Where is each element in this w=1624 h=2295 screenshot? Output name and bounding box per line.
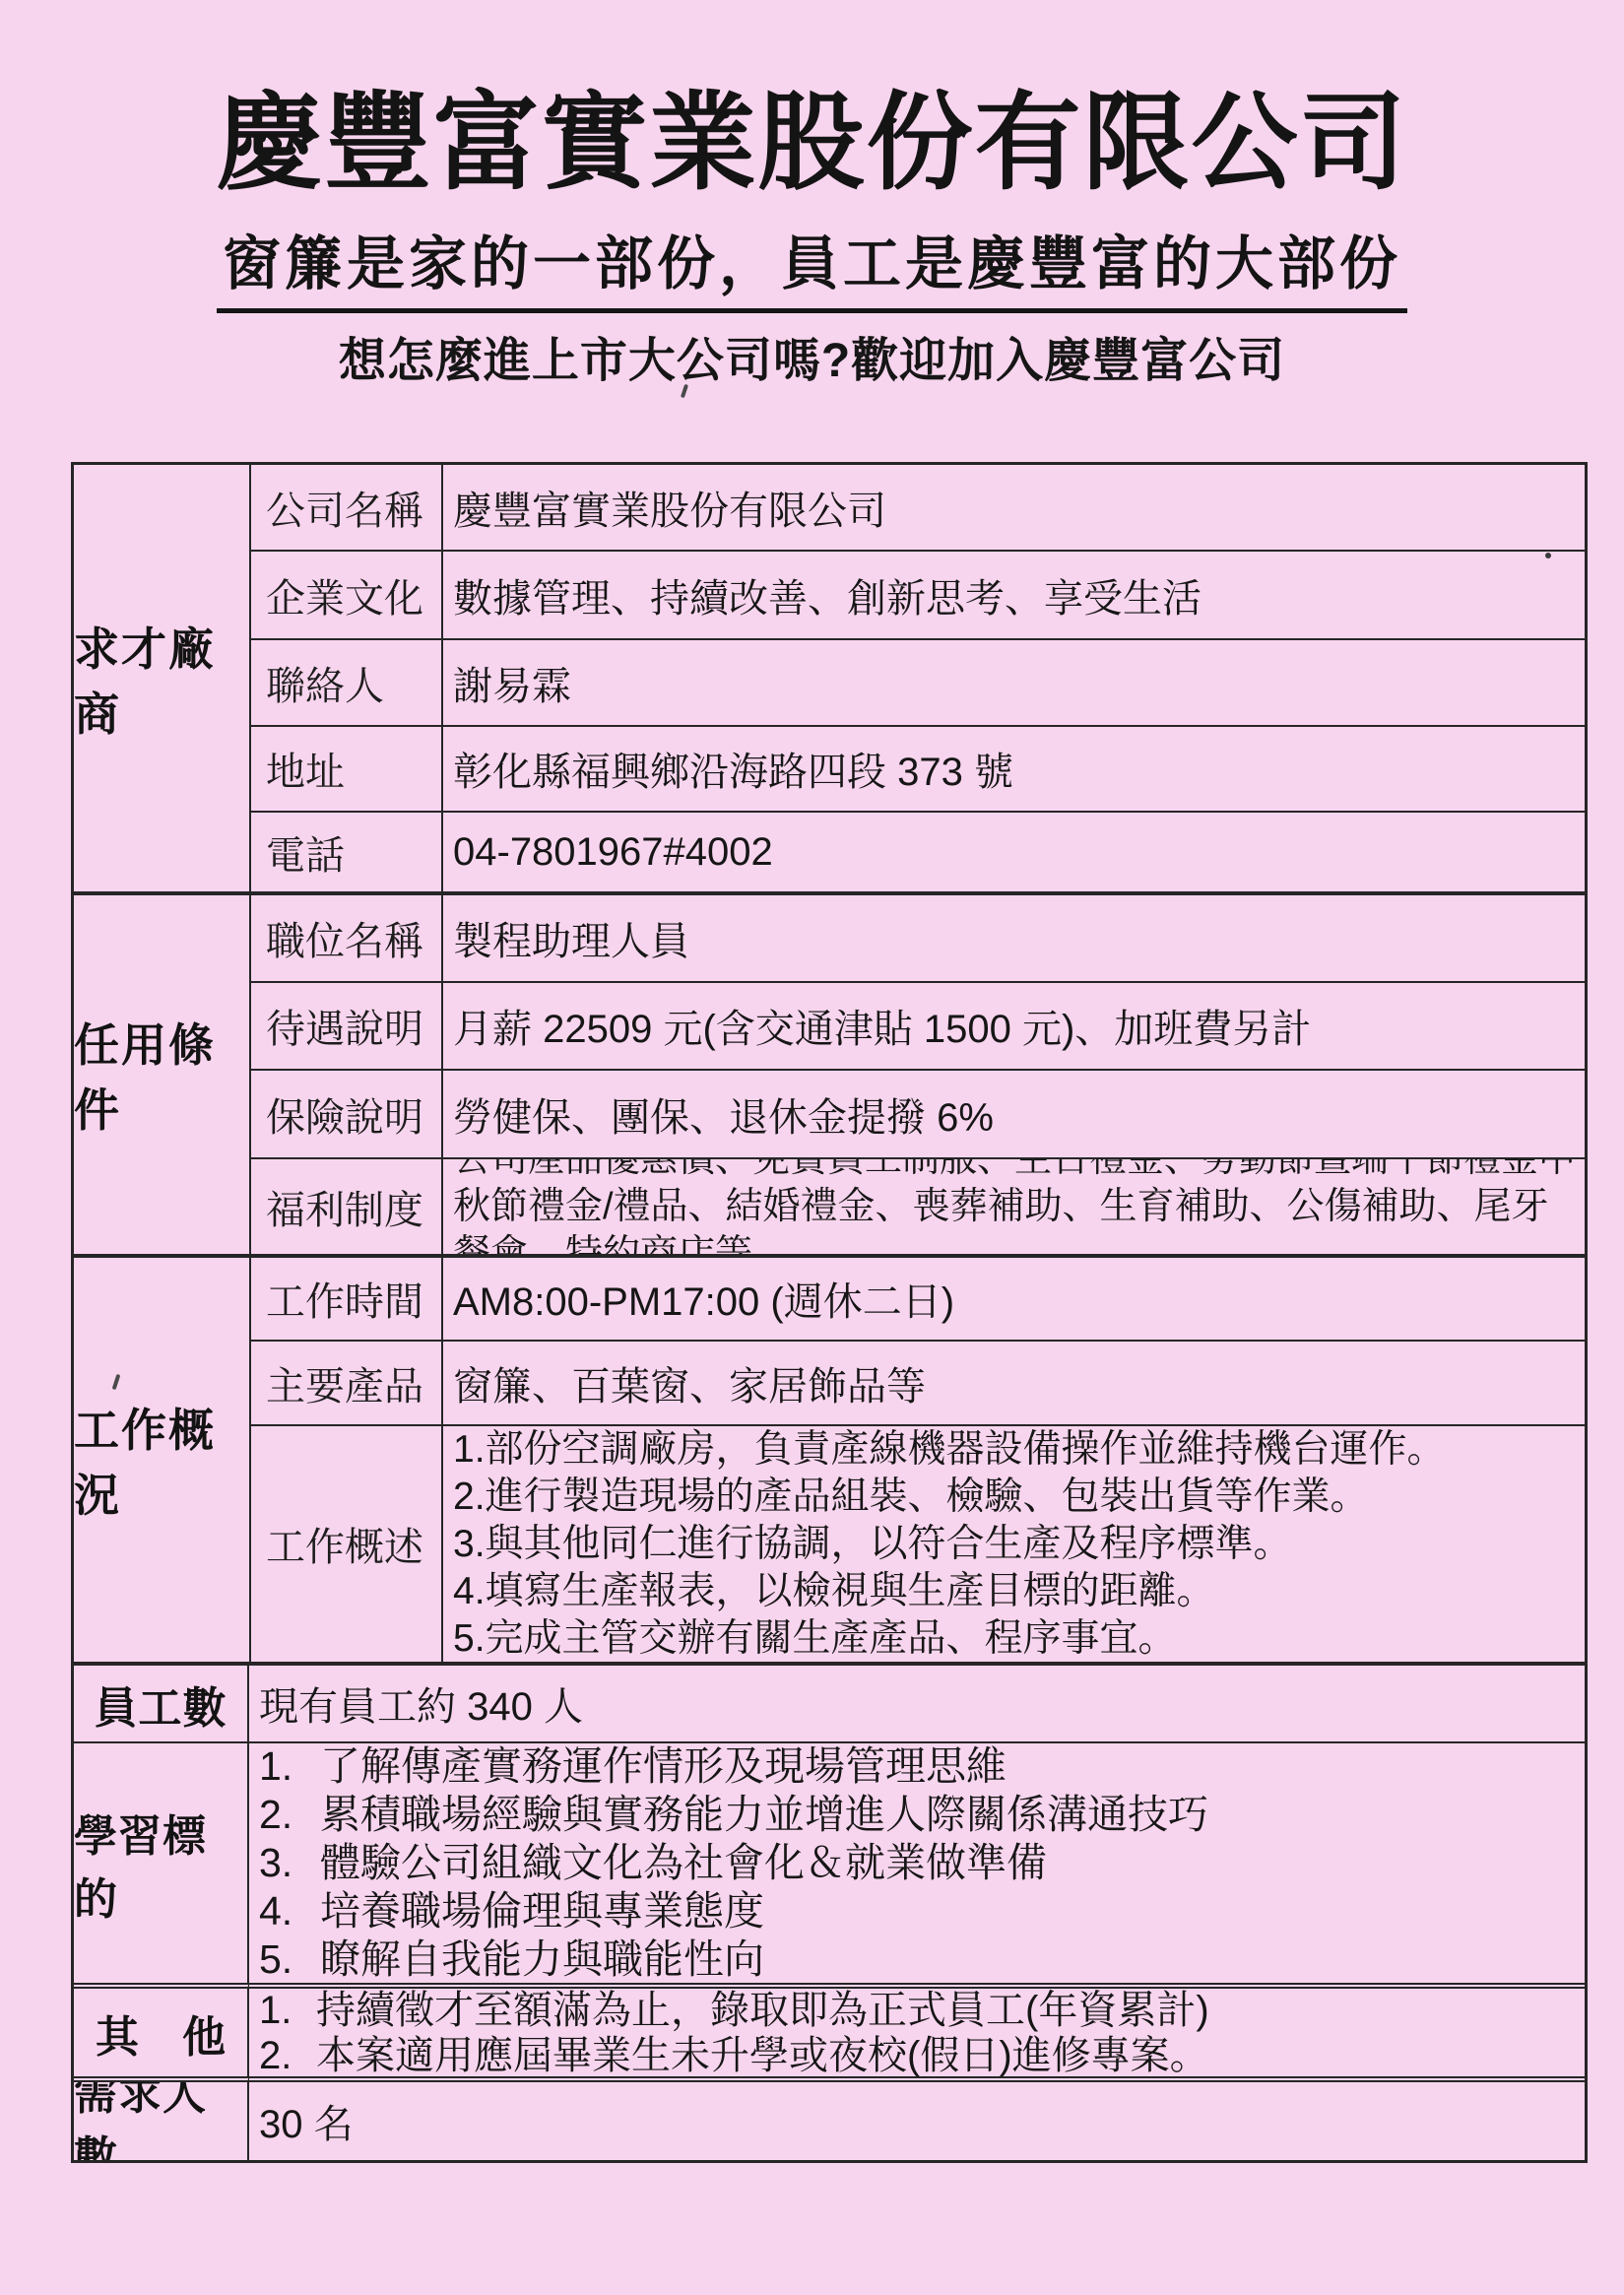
footer-label-employee-count: 員工數 (74, 1662, 249, 1741)
others-item: 1.持續徵才至額滿為止，錄取即為正式員工(年資累計) (259, 1988, 1209, 2033)
field-value-contact-person: 謝易霖 (443, 638, 1585, 725)
list-text: 累積職場經驗與實務能力並增進人際關係溝通技巧 (320, 1791, 1208, 1839)
job-description-line: 5.完成主管交辦有關生產產品、程序事宜。 (453, 1615, 1177, 1663)
field-value-main-products: 窗簾、百葉窗、家居飾品等 (443, 1340, 1585, 1424)
list-number: 1. (259, 1742, 320, 1791)
field-value-company-name: 慶豐富實業股份有限公司 (443, 465, 1585, 550)
field-label-job-description: 工作概述 (249, 1424, 443, 1662)
job-description-line: 4.填寫生產報表，以檢視與生產目標的距離。 (453, 1568, 1215, 1615)
field-value-benefits: 公司產品優惠價、免費員工制服、生日禮金、勞動節暨端午節禮金中秋節禮金/禮品、結婚… (443, 1157, 1585, 1254)
footer-value-learning-goals: 1.了解傳產實務運作情形及現場管理思維 2.累積職場經驗與實務能力並增進人際關係… (249, 1741, 1585, 1983)
list-text: 持續徵才至額滿為止，錄取即為正式員工(年資累計) (316, 1988, 1209, 2033)
footer-value-openings: 30 名 (249, 2076, 1585, 2160)
scanned-recruitment-flyer: 慶豐富實業股份有限公司 窗簾是家的一部份，員工是慶豐富的大部份 想怎麼進上市大公… (0, 0, 1624, 2295)
footer-value-others: 1.持續徵才至額滿為止，錄取即為正式員工(年資累計) 2.本案適用應屆畢業生未升… (249, 1983, 1585, 2076)
list-text: 本案適用應屆畢業生未升學或夜校(假日)進修專案。 (316, 2033, 1209, 2077)
list-number: 4. (259, 1887, 320, 1935)
list-text: 體驗公司組織文化為社會化＆就業做準備 (320, 1839, 1047, 1887)
form-top-grid: 求才廠商 任用條件 工作概況 公司名稱 慶豐富實業股份有限公司 企業文化 數據管… (74, 465, 1585, 1662)
others-item: 2.本案適用應屆畢業生未升學或夜校(假日)進修專案。 (259, 2033, 1209, 2077)
field-label-salary: 待遇說明 (249, 981, 443, 1069)
field-label-main-products: 主要產品 (249, 1340, 443, 1424)
list-number: 2. (259, 2033, 316, 2077)
learning-goal-item: 4.培養職場倫理與專業態度 (259, 1887, 764, 1935)
section-header-recruiting-company: 求才廠商 (74, 465, 249, 891)
page-title: 慶豐富實業股份有限公司 (0, 57, 1624, 210)
job-description-line: 3.與其他同仁進行協調，以符合生產及程序標準。 (453, 1521, 1292, 1568)
job-description-line: 1.部份空調廠房，負責產線機器設備操作並維持機台運作。 (453, 1426, 1446, 1474)
field-label-address: 地址 (249, 725, 443, 811)
job-description-line: 2.進行製造現場的產品組裝、檢驗、包裝出貨等作業。 (453, 1474, 1369, 1521)
field-value-insurance: 勞健保、團保、退休金提撥 6% (443, 1069, 1585, 1157)
field-value-salary: 月薪 22509 元(含交通津貼 1500 元)、加班費另計 (443, 981, 1585, 1069)
field-label-company-name: 公司名稱 (249, 465, 443, 550)
field-value-job-title: 製程助理人員 (443, 891, 1585, 981)
list-text: 瞭解自我能力與職能性向 (320, 1935, 764, 1983)
field-value-address: 彰化縣福興鄉沿海路四段 373 號 (443, 725, 1585, 811)
field-label-work-hours: 工作時間 (249, 1254, 443, 1340)
field-label-corporate-culture: 企業文化 (249, 550, 443, 638)
learning-goal-item: 2.累積職場經驗與實務能力並增進人際關係溝通技巧 (259, 1791, 1208, 1839)
list-number: 2. (259, 1791, 320, 1839)
subtitle-wrap: 窗簾是家的一部份，員工是慶豐富的大部份 (0, 217, 1624, 313)
field-value-work-hours: AM8:00-PM17:00 (週休二日) (443, 1254, 1585, 1340)
field-label-phone: 電話 (249, 811, 443, 891)
field-label-benefits: 福利制度 (249, 1157, 443, 1254)
list-number: 3. (259, 1839, 320, 1887)
field-label-insurance: 保險說明 (249, 1069, 443, 1157)
field-value-corporate-culture: 數據管理、持續改善、創新思考、享受生活 (443, 550, 1585, 638)
page-subtitle: 窗簾是家的一部份，員工是慶豐富的大部份 (217, 217, 1407, 313)
footer-label-others: 其 他 (74, 1983, 249, 2076)
section-header-work-overview: 工作概況 (74, 1254, 249, 1662)
field-value-phone: 04-7801967#4002 (443, 811, 1585, 891)
recruitment-form-table: 求才廠商 任用條件 工作概況 公司名稱 慶豐富實業股份有限公司 企業文化 數據管… (71, 462, 1588, 2163)
scan-speck-dot (1545, 553, 1551, 558)
learning-goal-item: 5.瞭解自我能力與職能性向 (259, 1935, 764, 1983)
footer-label-learning-goals: 學習標的 (74, 1741, 249, 1983)
section-header-employment-terms: 任用條件 (74, 891, 249, 1254)
learning-goal-item: 1.了解傳產實務運作情形及現場管理思維 (259, 1742, 1007, 1791)
field-label-contact-person: 聯絡人 (249, 638, 443, 725)
footer-label-openings: 需求人數 (74, 2076, 249, 2160)
footer-value-employee-count: 現有員工約 340 人 (249, 1662, 1585, 1741)
field-label-job-title: 職位名稱 (249, 891, 443, 981)
page-tagline: 想怎麼進上市大公司嗎?歡迎加入慶豐富公司 (0, 322, 1624, 390)
list-number: 1. (259, 1988, 316, 2033)
form-bottom-grid: 員工數 現有員工約 340 人 學習標的 1.了解傳產實務運作情形及現場管理思維… (74, 1662, 1585, 2160)
list-text: 了解傳產實務運作情形及現場管理思維 (320, 1742, 1007, 1791)
list-number: 5. (259, 1935, 320, 1983)
list-text: 培養職場倫理與專業態度 (320, 1887, 764, 1935)
field-value-job-description: 1.部份空調廠房，負責產線機器設備操作並維持機台運作。 2.進行製造現場的產品組… (443, 1424, 1585, 1662)
learning-goal-item: 3.體驗公司組織文化為社會化＆就業做準備 (259, 1839, 1047, 1887)
